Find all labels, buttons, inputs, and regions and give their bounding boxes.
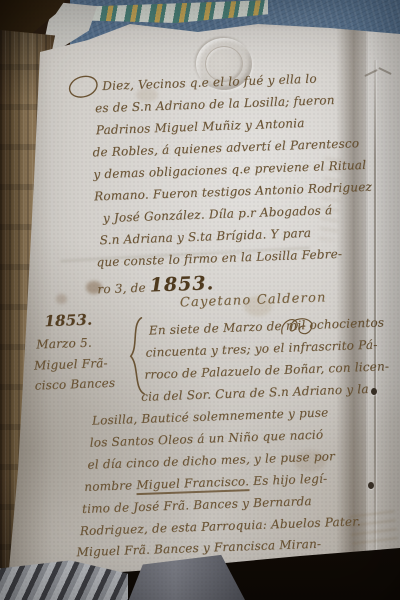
- manuscript-line: de Robles, á quienes advertí el Parentes…: [92, 137, 359, 158]
- manuscript-line: y demas obligaciones q.e previene el Rit…: [93, 159, 366, 181]
- manuscript-line: Padrinos Miguel Muñiz y Antonia: [96, 117, 305, 136]
- manuscript-name-line: nombre Miguel Francisco. Es hijo legí-: [84, 472, 327, 492]
- priest-signature: Cayetano Calderon: [180, 291, 327, 309]
- binding-stitch-hole: [368, 482, 374, 489]
- name-prefix: nombre: [84, 478, 137, 494]
- manuscript-line: En siete de Marzo de mil ochocientos: [149, 316, 385, 336]
- flourish-capital-icon: [66, 72, 101, 101]
- manuscript-line: timo de José Frã. Bances y Bernarda: [82, 495, 312, 515]
- manuscript-page: Diez, Vecinos q.e el lo fué y ella lo es…: [0, 0, 400, 600]
- manuscript-line: es de S.n Adriano de la Losilla; fueron: [95, 94, 335, 114]
- margin-child-name: cisco Bances: [34, 377, 115, 392]
- manuscript-line: Losilla, Bauticé solemnemente y puse: [92, 406, 329, 426]
- manuscript-line: Diez, Vecinos q.e el lo fué y ella lo: [102, 73, 317, 92]
- manuscript-line: cia del Sor. Cura de S.n Adriano y la: [141, 383, 369, 403]
- manuscript-line: rroco de Palazuelo de Boñar, con licen-: [144, 360, 389, 381]
- facing-page-fold: [374, 60, 376, 552]
- closing-date-text: ro 3, de: [97, 281, 150, 297]
- margin-year: 1853.: [44, 313, 92, 330]
- manuscript-line: Miguel Frã. Bances y Francisca Miran-: [76, 538, 321, 559]
- manuscript-line: Rodriguez, de esta Parroquia: Abuelos Pa…: [80, 515, 361, 537]
- binding-stitch-hole: [371, 388, 377, 395]
- name-suffix: Es hijo legí-: [249, 471, 328, 488]
- manuscript-line: y José González. Díla p.r Abogados á: [103, 204, 333, 224]
- manuscript-line: el día cinco de dicho mes, y le puse por: [87, 450, 335, 471]
- margin-child-name: Miguel Frã-: [34, 357, 108, 372]
- photo-parish-register-page: Diez, Vecinos q.e el lo fué y ella lo es…: [0, 0, 400, 600]
- baptized-name-underlined: Miguel Francisco.: [136, 474, 249, 495]
- manuscript-line: los Santos Oleos á un Niño que nació: [90, 429, 324, 449]
- manuscript-line: Romano. Fueron testigos Antonio Rodrigue…: [94, 181, 372, 203]
- closing-year: 1853.: [149, 272, 214, 296]
- manuscript-line: que conste lo firmo en la Losilla Febre-: [96, 248, 342, 269]
- manuscript-line: S.n Adriana y S.ta Brígida. Y para: [99, 227, 311, 246]
- handwritten-text-layer: Diez, Vecinos q.e el lo fué y ella lo es…: [22, 57, 369, 568]
- margin-date: Marzo 5.: [36, 337, 92, 351]
- manuscript-line: cincuenta y tres; yo el infrascrito Pá-: [145, 339, 377, 359]
